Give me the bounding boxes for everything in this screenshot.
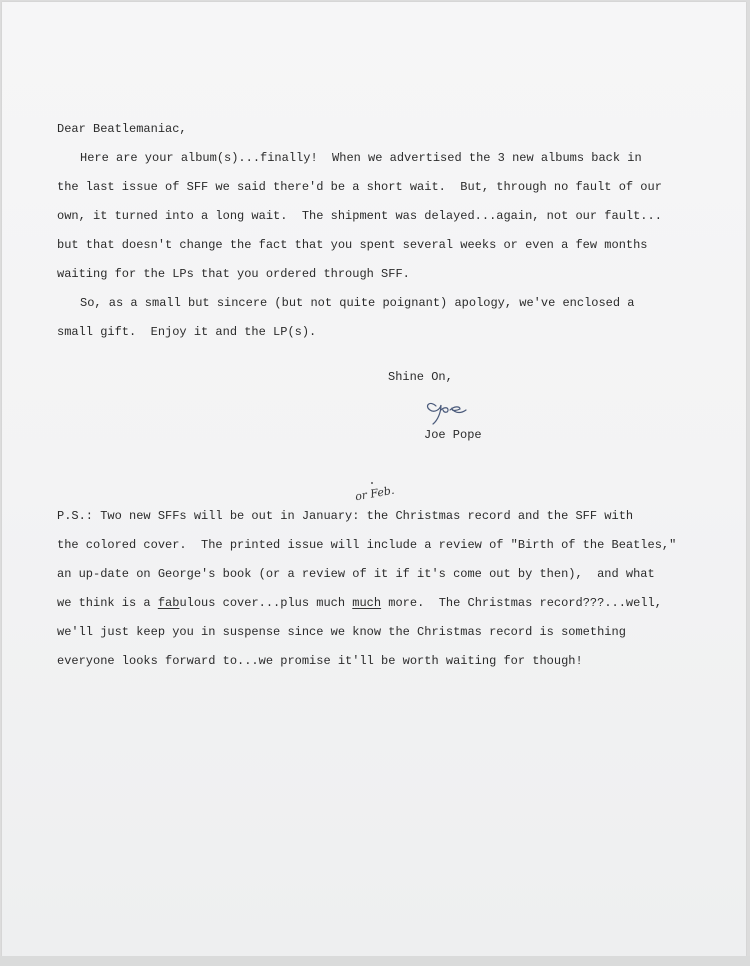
paragraph-1-line-2: the last issue of SFF we said there'd be…: [57, 180, 662, 194]
text-segment: we think is a: [57, 596, 158, 610]
paragraph-1-line-3: own, it turned into a long wait. The shi…: [57, 209, 662, 223]
letter-paper: [2, 2, 746, 956]
underlined-much: much: [352, 596, 381, 610]
postscript-line-4: we think is a fabulous cover...plus much…: [57, 596, 662, 610]
postscript-line-6: everyone looks forward to...we promise i…: [57, 654, 583, 668]
paragraph-2-line-1: So, as a small but sincere (but not quit…: [80, 296, 635, 310]
signer-name: Joe Pope: [424, 428, 482, 442]
postscript-line-2: the colored cover. The printed issue wil…: [57, 538, 676, 552]
scan-edge: [0, 956, 750, 966]
paragraph-2-line-2: small gift. Enjoy it and the LP(s).: [57, 325, 316, 339]
ink-dot: [371, 482, 373, 484]
text-segment: ulous cover...plus much: [179, 596, 352, 610]
text-segment: more. The Christmas record???...well,: [381, 596, 662, 610]
postscript-line-1: P.S.: Two new SFFs will be out in Januar…: [57, 509, 633, 523]
paragraph-1-line-1: Here are your album(s)...finally! When w…: [80, 151, 642, 165]
postscript-line-5: we'll just keep you in suspense since we…: [57, 625, 626, 639]
underlined-fab: fab: [158, 596, 180, 610]
closing: Shine On,: [388, 370, 453, 384]
postscript-line-3: an up-date on George's book (or a review…: [57, 567, 655, 581]
salutation: Dear Beatlemaniac,: [57, 122, 187, 136]
signature-joe: [424, 396, 484, 426]
paragraph-1-line-4: but that doesn't change the fact that yo…: [57, 238, 648, 252]
paragraph-1-line-5: waiting for the LPs that you ordered thr…: [57, 267, 410, 281]
